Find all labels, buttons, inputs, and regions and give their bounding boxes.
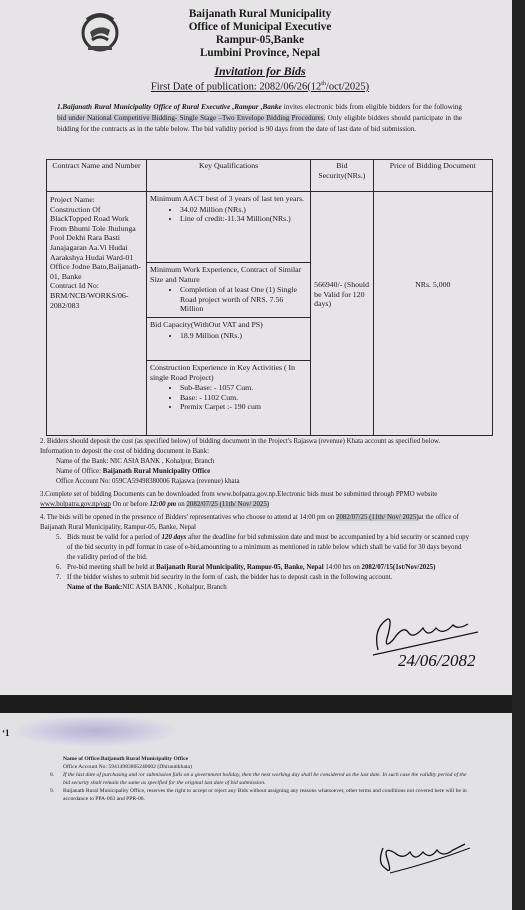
clause-4: 4. The bids will be opened in the presen… — [40, 513, 470, 533]
clause-2: 2. Bidders should deposit the cost (as s… — [40, 437, 470, 457]
header-bid-security: Bid Security(NRs.) — [311, 160, 373, 192]
ink-smudge — [15, 716, 175, 746]
table-header-row: Contract Name and Number Key Qualificati… — [47, 160, 493, 192]
clause-6: 6.Pre-bid meeting shall be held at Baija… — [56, 563, 470, 573]
qualification-construction-experience: Construction Experience in Key Activitie… — [147, 361, 310, 435]
office-name: Office of Municipal Executive — [130, 21, 390, 34]
page-mark: ‘1 — [2, 728, 10, 738]
document-title: Invitation for Bids — [130, 64, 390, 79]
nepal-emblem-icon — [78, 8, 122, 54]
table-row: Project Name: Construction Of BlackToppe… — [47, 192, 493, 436]
qualification-aact: Minimum AACT best of 3 years of last ten… — [147, 192, 310, 263]
intro-paragraph: 1.Baijanath Rural Municipality Office of… — [57, 102, 462, 134]
bank-name: Name of the Bank: NIC ASIA BANK , Kohalp… — [40, 457, 470, 467]
egp-link[interactable]: www.bolpatra.gov.np/egp — [40, 501, 111, 508]
clause-7: 7.If the bidder wishes to submit bid sec… — [56, 573, 470, 583]
qualification-work-experience: Minimum Work Experience, Contract of Sim… — [147, 263, 310, 318]
header-price: Price of Bidding Document — [373, 160, 492, 192]
contract-cell: Project Name: Construction Of BlackToppe… — [47, 192, 147, 436]
office-name-line: Name of Office: Baijanath Rural Municipa… — [40, 467, 470, 477]
header-contract: Contract Name and Number — [47, 160, 147, 192]
numbered-clauses: 5.Bids must be valid for a period of 120… — [40, 533, 470, 593]
province: Lumbini Province, Nepal — [130, 47, 390, 60]
address: Rampur-05,Banke — [130, 34, 390, 47]
price-cell: NRs. 5,000 — [373, 192, 492, 436]
bid-security-cell: 566940/- (Should be Valid for 120 days) — [311, 192, 373, 436]
office-account: Office Account No: 059CA59498380006 Raja… — [40, 477, 470, 487]
page-separator — [0, 697, 525, 713]
clause-3: 3.Complete set of bidding Documents can … — [40, 490, 470, 510]
qualification-bid-capacity: Bid Capacity(WithOut VAT and PS) 18.9 Mi… — [147, 318, 310, 361]
highlighted-procedure: bid under National Competitive Bidding- … — [57, 114, 325, 122]
signature — [375, 838, 485, 888]
cash-bank: Name of the Bank:NIC ASIA BANK , Kohalpu… — [56, 583, 470, 593]
qualifications-cell: Minimum AACT best of 3 years of last ten… — [146, 192, 310, 436]
bids-table: Contract Name and Number Key Qualificati… — [46, 159, 493, 436]
body-clauses: 2. Bidders should deposit the cost (as s… — [40, 437, 470, 593]
viewer-edge — [512, 0, 525, 910]
signature-with-date: 24/06/2082 — [368, 610, 518, 670]
document-page-1: Baijanath Rural Municipality Office of M… — [0, 0, 512, 695]
header-qualifications: Key Qualifications — [146, 160, 310, 192]
page2-clauses: Name of Office:Baijanath Rural Municipal… — [50, 755, 470, 803]
org-name: Baijanath Rural Municipality — [130, 8, 390, 21]
publication-date: First Date of publication: 2082/06/26(12… — [130, 81, 390, 93]
svg-text:24/06/2082: 24/06/2082 — [398, 651, 476, 670]
clause-5: 5.Bids must be valid for a period of 120… — [56, 533, 470, 563]
letterhead: Baijanath Rural Municipality Office of M… — [130, 8, 390, 60]
